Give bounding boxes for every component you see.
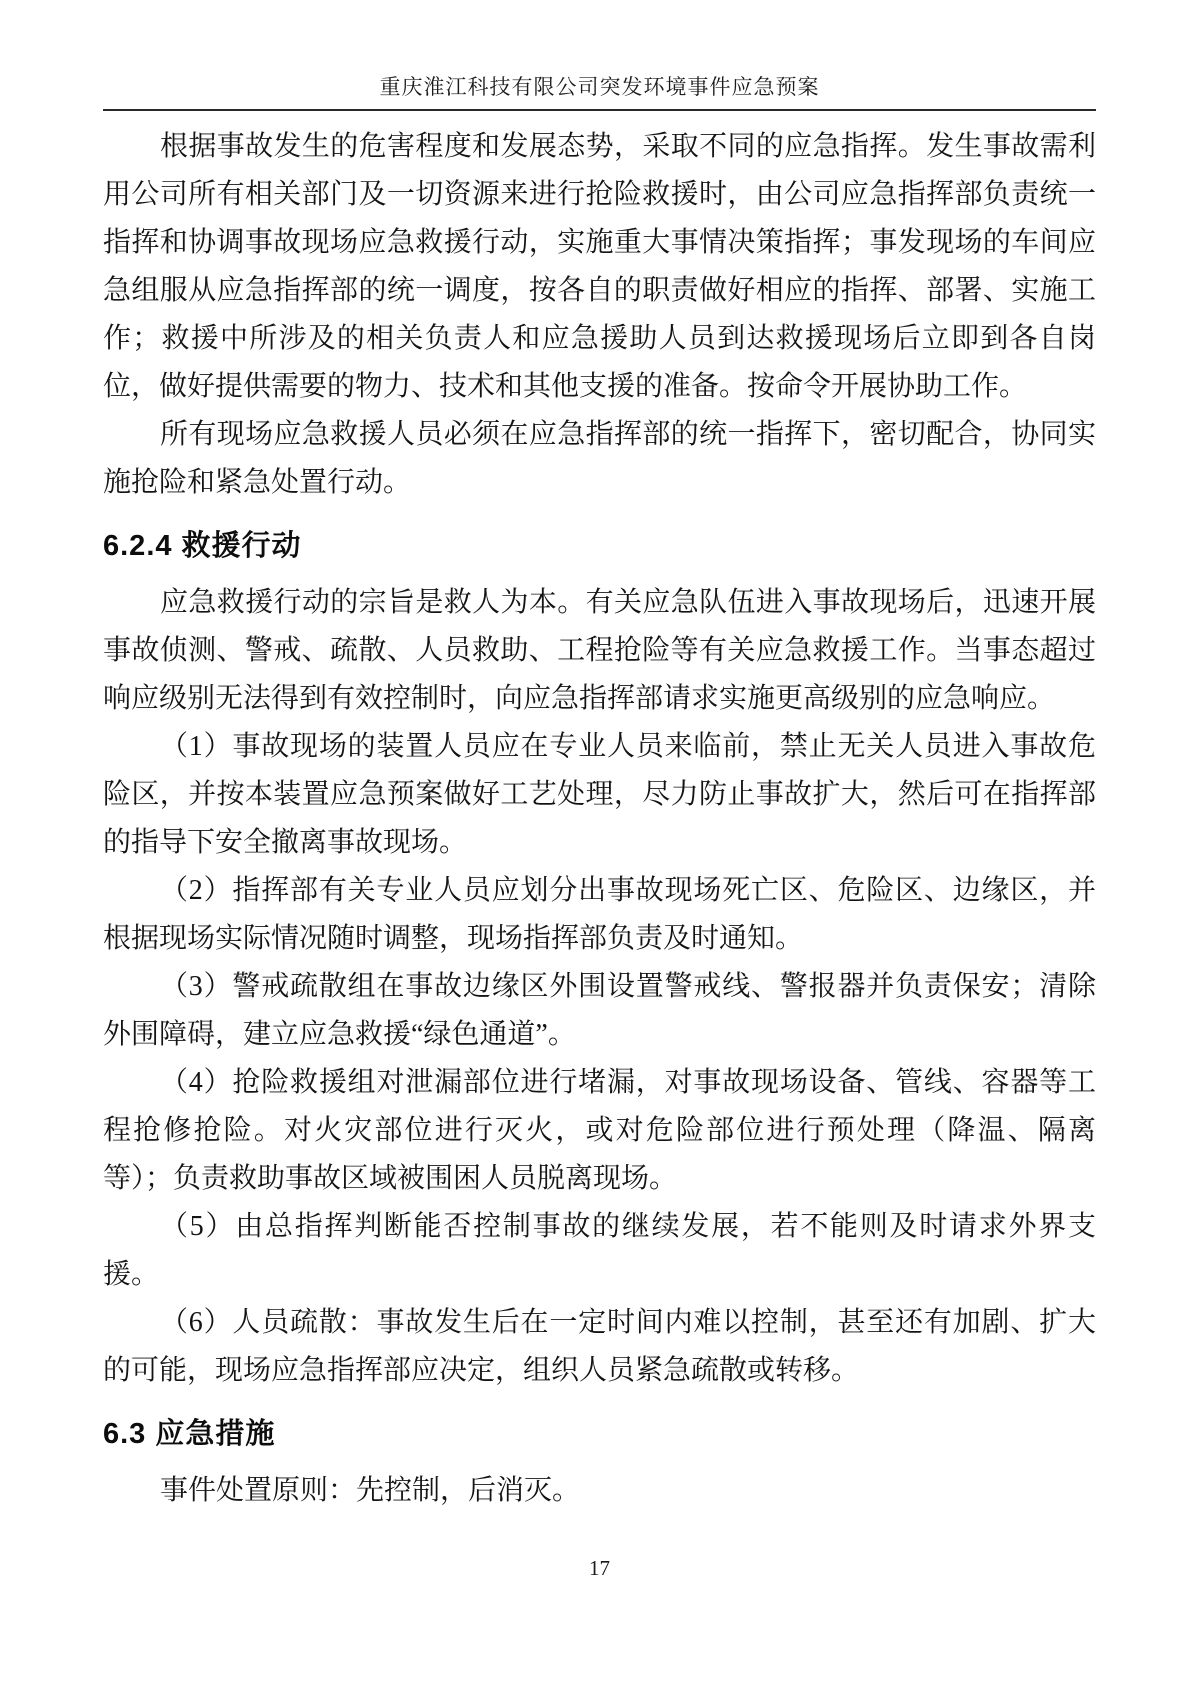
section-heading-6-3: 6.3 应急措施 <box>103 1410 1096 1458</box>
paragraph-handling-principle: 事件处置原则：先控制，后消灭。 <box>103 1467 1096 1515</box>
page-footer: 17 <box>0 1556 1199 1581</box>
paragraph-item-5: （5）由总指挥判断能否控制事故的继续发展，若不能则及时请求外界支援。 <box>103 1203 1096 1299</box>
paragraph-item-4: （4）抢险救援组对泄漏部位进行堵漏，对事故现场设备、管线、容器等工程抢修抢险。对… <box>103 1059 1096 1203</box>
paragraph-rescue-purpose: 应急救援行动的宗旨是救人为本。有关应急队伍进入事故现场后，迅速开展事故侦测、警戒… <box>103 579 1096 723</box>
section-heading-6-2-4: 6.2.4 救援行动 <box>103 522 1096 570</box>
page-number: 17 <box>589 1556 610 1580</box>
paragraph-item-6: （6）人员疏散：事故发生后在一定时间内难以控制，甚至还有加剧、扩大的可能，现场应… <box>103 1299 1096 1395</box>
paragraph-command-structure: 根据事故发生的危害程度和发展态势，采取不同的应急指挥。发生事故需利用公司所有相关… <box>103 123 1096 411</box>
document-page: 重庆淮江科技有限公司突发环境事件应急预案 根据事故发生的危害程度和发展态势，采取… <box>0 0 1199 1696</box>
paragraph-item-1: （1）事故现场的装置人员应在专业人员来临前，禁止无关人员进入事故危险区，并按本装… <box>103 723 1096 867</box>
document-body: 根据事故发生的危害程度和发展态势，采取不同的应急指挥。发生事故需利用公司所有相关… <box>0 111 1199 1515</box>
header-title: 重庆淮江科技有限公司突发环境事件应急预案 <box>0 74 1199 100</box>
page-header: 重庆淮江科技有限公司突发环境事件应急预案 <box>0 0 1199 111</box>
paragraph-item-3: （3）警戒疏散组在事故边缘区外围设置警戒线、警报器并负责保安；清除外围障碍，建立… <box>103 963 1096 1059</box>
paragraph-item-2: （2）指挥部有关专业人员应划分出事故现场死亡区、危险区、边缘区，并根据现场实际情… <box>103 867 1096 963</box>
paragraph-unified-command: 所有现场应急救援人员必须在应急指挥部的统一指挥下，密切配合，协同实施抢险和紧急处… <box>103 411 1096 507</box>
